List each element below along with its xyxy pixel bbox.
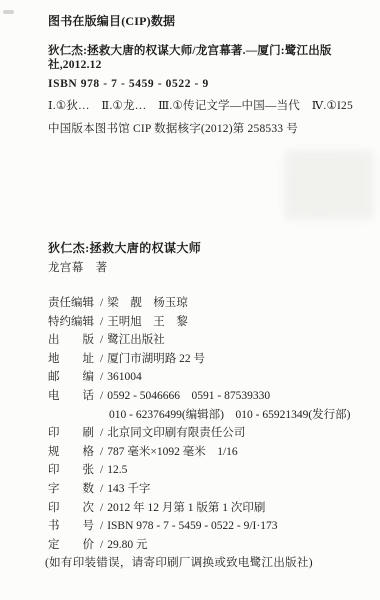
colophon-separator: / (100, 427, 103, 439)
colophon-label: 印张 (48, 461, 94, 480)
cip-classification-line: Ⅰ.①狄… Ⅱ.①龙… Ⅲ.①传记文学—中国—当代 Ⅳ.①I25 (48, 99, 372, 113)
colophon-row-book-number: 书号/ISBN 978 - 7 - 5459 - 0522 - 9/I·173 (48, 517, 374, 536)
colophon-label: 规格 (48, 443, 94, 462)
colophon-row-price: 定价/29.80 元 (48, 536, 374, 555)
colophon-row-responsible-editor: 责任编辑/梁 靓 杨玉琼 (48, 294, 374, 313)
colophon-block: 责任编辑/梁 靓 杨玉琼 特约编辑/王明旭 王 黎 出版/鹭江出版社 地址/厦门… (48, 294, 374, 554)
colophon-row-phone: 电话/0592 - 5046666 0591 - 87539330 (48, 387, 374, 406)
colophon-label: 定价 (48, 536, 94, 555)
colophon-separator: / (100, 446, 103, 458)
colophon-separator: / (100, 353, 103, 365)
colophon-value: 0592 - 5046666 0591 - 87539330 (107, 390, 270, 402)
colophon-separator: / (100, 464, 103, 476)
cip-record-line: 狄仁杰:拯救大唐的权谋大师/龙宫幕著.—厦门:鹭江出版社,2012.12 (48, 44, 372, 72)
colophon-value: 厦门市湖明路 22 号 (107, 353, 205, 365)
title-block: 狄仁杰:拯救大唐的权谋大师 龙宫幕 著 (48, 241, 372, 275)
cip-isbn-line: ISBN 978 - 7 - 5459 - 0522 - 9 (48, 77, 372, 91)
colophon-label: 特约编辑 (48, 313, 94, 332)
colophon-value: 北京同文印刷有限责任公司 (107, 427, 245, 439)
colophon-value: 010 - 62376499(编辑部) 010 - 65921349(发行部) (109, 409, 350, 421)
colophon-row-printer: 印刷/北京同文印刷有限责任公司 (48, 424, 374, 443)
colophon-row-impression: 印次/2012 年 12 月第 1 版第 1 次印刷 (48, 499, 374, 518)
colophon-separator: / (100, 316, 103, 328)
cip-block: 图书在版编目(CIP)数据 狄仁杰:拯救大唐的权谋大师/龙宫幕著.—厦门:鹭江出… (48, 14, 372, 136)
colophon-label: 地址 (48, 350, 94, 369)
scan-artifact (3, 10, 14, 14)
colophon-value: 143 千字 (107, 483, 150, 495)
colophon-separator: / (100, 297, 103, 309)
reprint-note: (如有印装错误，请寄印刷厂调换或致电鹭江出版社) (45, 556, 374, 571)
colophon-separator: / (100, 502, 103, 514)
cip-heading: 图书在版编目(CIP)数据 (48, 14, 372, 28)
colophon-value: 12.5 (107, 464, 127, 476)
colophon-value: 787 毫米×1092 毫米 1/16 (107, 446, 237, 458)
colophon-value: ISBN 978 - 7 - 5459 - 0522 - 9/I·173 (107, 520, 277, 532)
colophon-label: 电话 (48, 387, 94, 406)
book-author: 龙宫幕 著 (48, 261, 372, 275)
colophon-separator: / (100, 520, 103, 532)
cip-verification-line: 中国版本图书馆 CIP 数据核字(2012)第 258533 号 (48, 122, 372, 136)
colophon-row-sheets: 印张/12.5 (48, 461, 374, 480)
copyright-page: 图书在版编目(CIP)数据 狄仁杰:拯救大唐的权谋大师/龙宫幕著.—厦门:鹭江出… (0, 0, 380, 600)
colophon-label: 书号 (48, 517, 94, 536)
colophon-label: 印刷 (48, 424, 94, 443)
colophon-label: 出版 (48, 331, 94, 350)
book-title: 狄仁杰:拯救大唐的权谋大师 (48, 241, 372, 256)
colophon-row-format: 规格/787 毫米×1092 毫米 1/16 (48, 443, 374, 462)
colophon-separator: / (100, 483, 103, 495)
colophon-row-phone-continuation: 010 - 62376499(编辑部) 010 - 65921349(发行部) (48, 406, 374, 425)
colophon-separator: / (100, 390, 103, 402)
colophon-row-publisher: 出版/鹭江出版社 (48, 331, 374, 350)
colophon-row-wordcount: 字数/143 千字 (48, 480, 374, 499)
colophon-separator: / (100, 539, 103, 551)
colophon-row-special-editor: 特约编辑/王明旭 王 黎 (48, 313, 374, 332)
colophon-value: 鹭江出版社 (107, 334, 165, 346)
colophon-label: 印次 (48, 499, 94, 518)
colophon-label: 字数 (48, 480, 94, 499)
colophon-value: 梁 靓 杨玉琼 (107, 297, 188, 309)
colophon-separator: / (100, 371, 103, 383)
colophon-value: 29.80 元 (107, 539, 147, 551)
colophon-value: 2012 年 12 月第 1 版第 1 次印刷 (107, 502, 265, 514)
colophon-label: 邮编 (48, 368, 94, 387)
colophon-value: 王明旭 王 黎 (107, 316, 188, 328)
colophon-row-address: 地址/厦门市湖明路 22 号 (48, 350, 374, 369)
scan-ghosting (300, 168, 340, 208)
colophon-value: 361004 (107, 371, 142, 383)
colophon-separator: / (100, 334, 103, 346)
colophon-row-postcode: 邮编/361004 (48, 368, 374, 387)
colophon-label: 责任编辑 (48, 294, 94, 313)
